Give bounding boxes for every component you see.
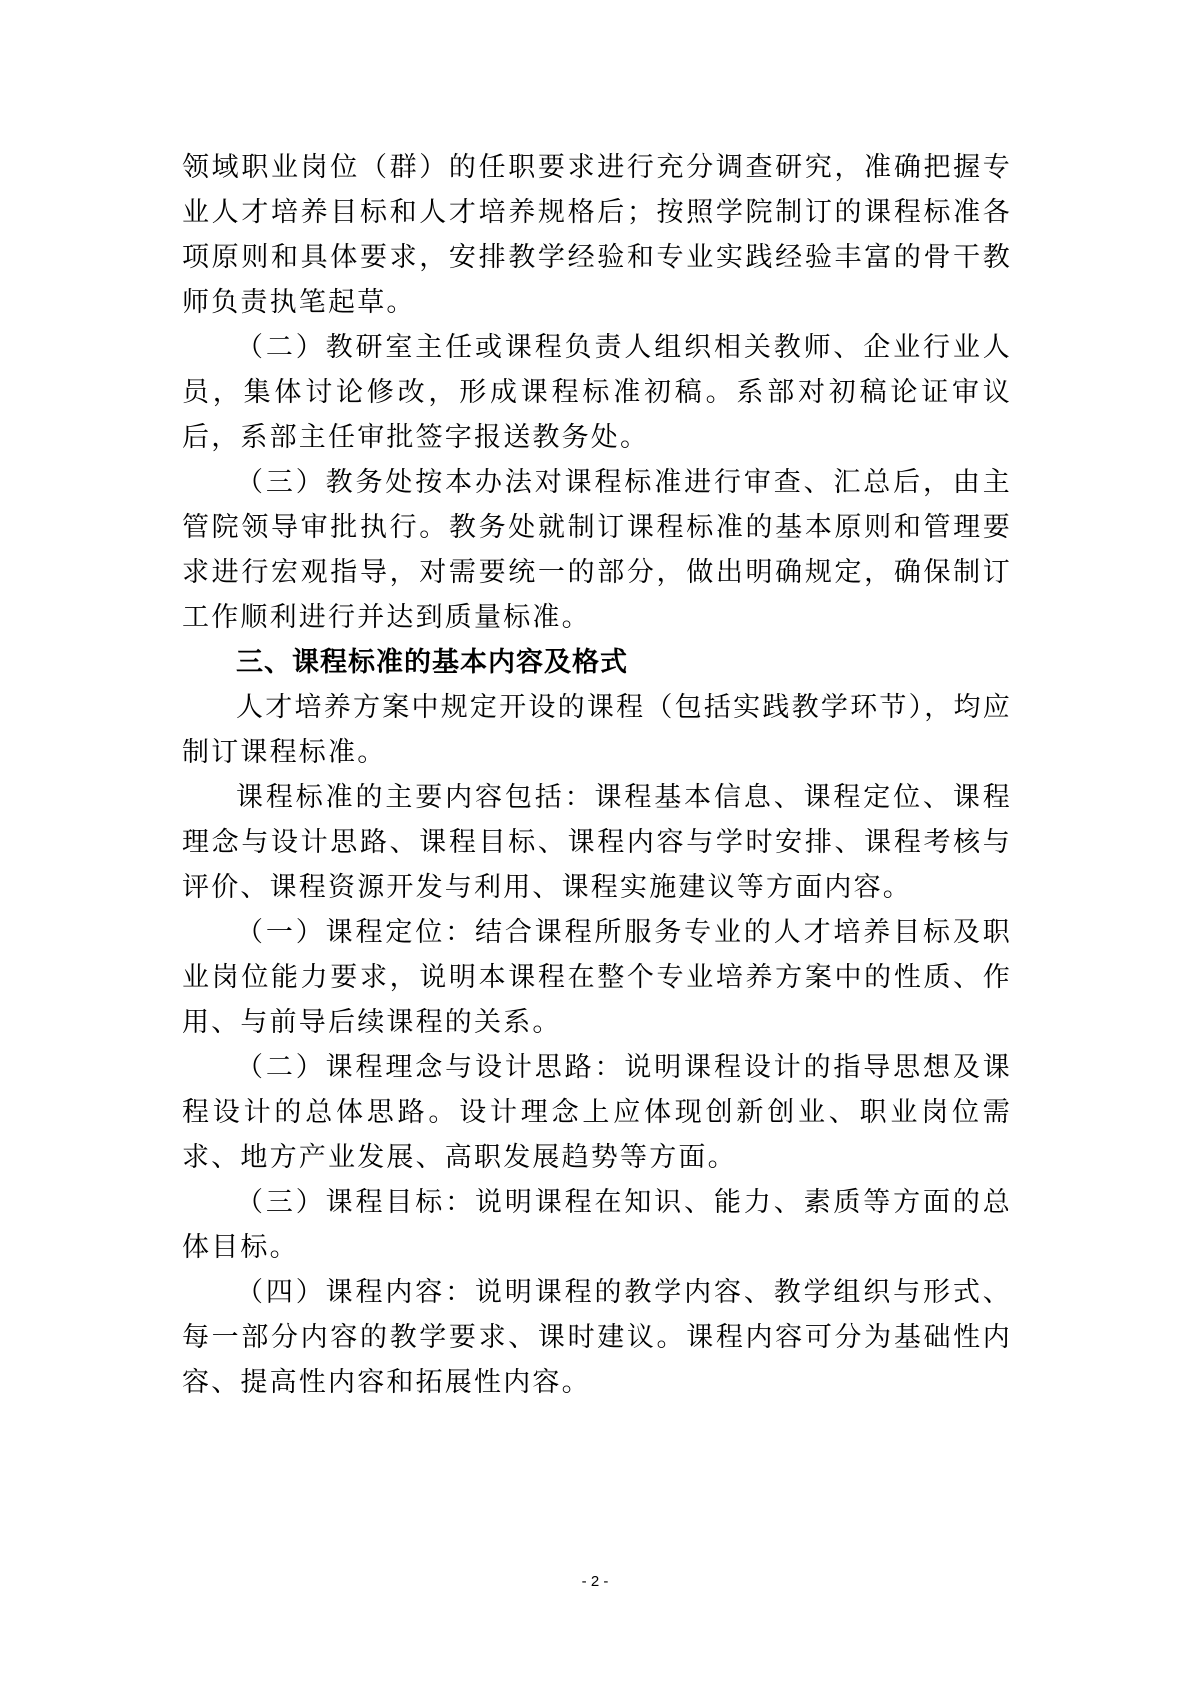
paragraph-step-2: （二）教研室主任或课程负责人组织相关教师、企业行业人员，集体讨论修改，形成课程标…	[182, 325, 1012, 460]
paragraph-scope: 人才培养方案中规定开设的课程（包括实践教学环节），均应制订课程标准。	[182, 685, 1012, 775]
paragraph-course-objectives: （三）课程目标：说明课程在知识、能力、素质等方面的总体目标。	[182, 1180, 1012, 1270]
section-heading: 三、课程标准的基本内容及格式	[182, 640, 1012, 685]
paragraph-main-contents: 课程标准的主要内容包括：课程基本信息、课程定位、课程理念与设计思路、课程目标、课…	[182, 775, 1012, 910]
paragraph-course-positioning: （一）课程定位：结合课程所服务专业的人才培养目标及职业岗位能力要求，说明本课程在…	[182, 910, 1012, 1045]
paragraph-step-3: （三）教务处按本办法对课程标准进行审查、汇总后，由主管院领导审批执行。教务处就制…	[182, 460, 1012, 640]
paragraph-course-content: （四）课程内容：说明课程的教学内容、教学组织与形式、每一部分内容的教学要求、课时…	[182, 1270, 1012, 1405]
document-page: 领域职业岗位（群）的任职要求进行充分调查研究，准确把握专业人才培养目标和人才培养…	[0, 0, 1190, 1683]
page-number: - 2 -	[0, 1573, 1190, 1590]
paragraph-continuation: 领域职业岗位（群）的任职要求进行充分调查研究，准确把握专业人才培养目标和人才培养…	[182, 145, 1012, 325]
document-body: 领域职业岗位（群）的任职要求进行充分调查研究，准确把握专业人才培养目标和人才培养…	[182, 145, 1012, 1405]
paragraph-design-philosophy: （二）课程理念与设计思路：说明课程设计的指导思想及课程设计的总体思路。设计理念上…	[182, 1045, 1012, 1180]
